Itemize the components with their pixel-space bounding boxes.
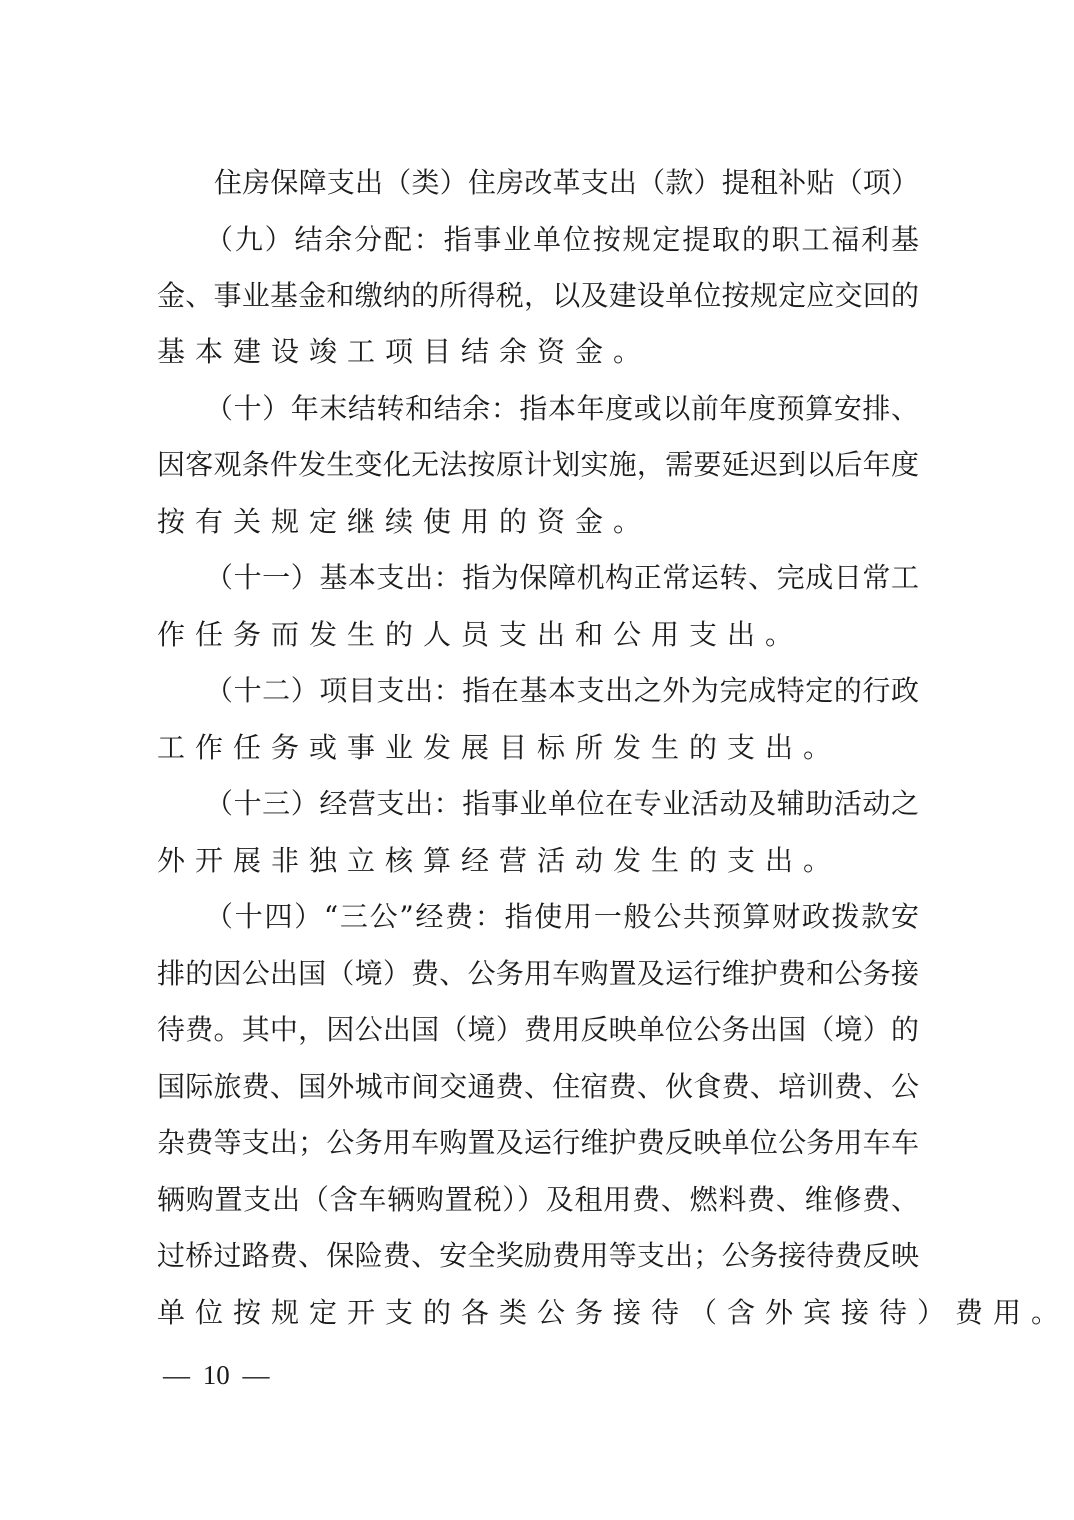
paragraph-14-line-3: 待费。其中，因公出国（境）费用反映单位公务出国（境）的: [157, 1010, 919, 1050]
paragraph-9-line-2: 金、事业基金和缴纳的所得税，以及建设单位按规定应交回的: [157, 276, 919, 316]
paragraph-13-line-1: （十三）经营支出：指事业单位在专业活动及辅助活动之: [205, 784, 919, 824]
paragraph-11-line-2: 作任务而发生的人员支出和公用支出。: [157, 615, 919, 655]
paragraph-9-line-1: （九）结余分配：指事业单位按规定提取的职工福利基: [205, 220, 919, 260]
paragraph-10-line-3: 按有关规定继续使用的资金。: [157, 502, 919, 542]
paragraph-14-line-6: 辆购置支出（含车辆购置税））及租用费、燃料费、维修费、: [157, 1180, 919, 1220]
paragraph-12-line-1: （十二）项目支出：指在基本支出之外为完成特定的行政: [205, 671, 919, 711]
paragraph-14-line-4: 国际旅费、国外城市间交通费、住宿费、伙食费、培训费、公: [157, 1067, 919, 1107]
page-number: — 10 —: [163, 1355, 270, 1395]
paragraph-14-line-1: （十四）“三公”经费：指使用一般公共预算财政拨款安: [205, 897, 919, 937]
paragraph-14-line-5: 杂费等支出；公务用车购置及运行维护费反映单位公务用车车: [157, 1123, 919, 1163]
paragraph-14-line-7: 过桥过路费、保险费、安全奖励费用等支出；公务接待费反映: [157, 1236, 919, 1276]
paragraph-12-line-2: 工作任务或事业发展目标所发生的支出。: [157, 728, 919, 768]
paragraph-10-line-2: 因客观条件发生变化无法按原计划实施，需要延迟到以后年度: [157, 445, 919, 485]
paragraph-11-line-1: （十一）基本支出：指为保障机构正常运转、完成日常工: [205, 558, 919, 598]
paragraph-10-line-1: （十）年末结转和结余：指本年度或以前年度预算安排、: [205, 389, 919, 429]
text-line-housing-subsidy: 住房保障支出（类）住房改革支出（款）提租补贴（项）: [214, 163, 919, 203]
paragraph-14-line-2: 排的因公出国（境）费、公务用车购置及运行维护费和公务接: [157, 954, 919, 994]
paragraph-13-line-2: 外开展非独立核算经营活动发生的支出。: [157, 841, 919, 881]
paragraph-14-line-8: 单位按规定开支的各类公务接待（含外宾接待）费用。: [157, 1293, 919, 1333]
paragraph-9-line-3: 基本建设竣工项目结余资金。: [157, 332, 919, 372]
document-page: 住房保障支出（类）住房改革支出（款）提租补贴（项） （九）结余分配：指事业单位按…: [0, 0, 1074, 1520]
